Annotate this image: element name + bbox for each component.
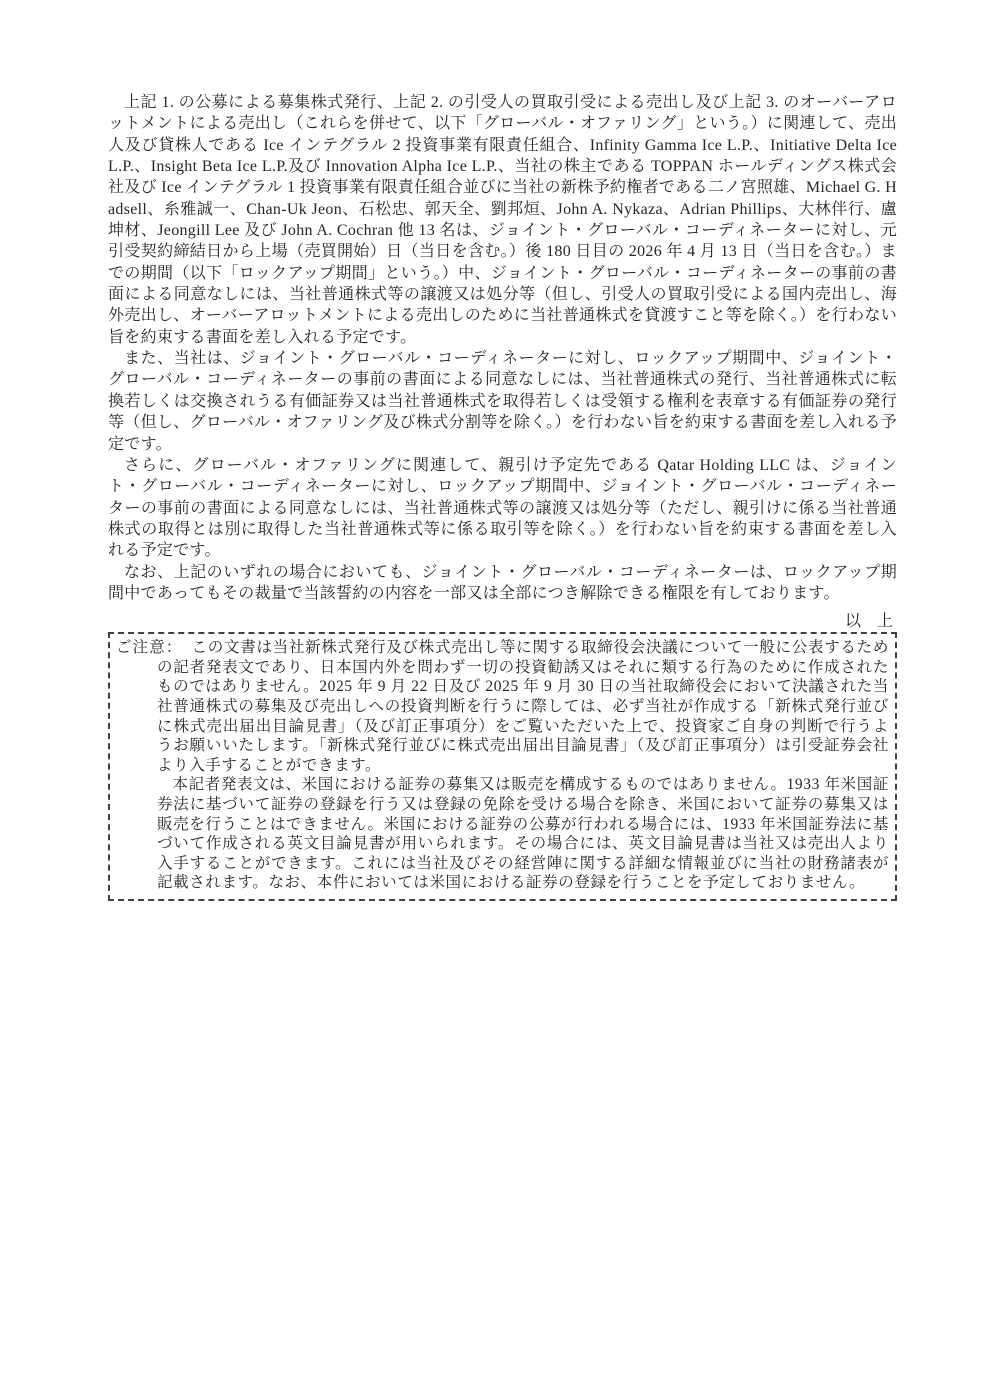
body-paragraph-release-authority: なお、上記のいずれの場合においても、ジョイント・グローバル・コーディネーターは、… <box>108 562 897 605</box>
notice-box: ご注意：この文書は当社新株式発行及び株式売出し等に関する取締役会決議について一般… <box>108 632 897 901</box>
notice-label: ご注意： <box>116 639 183 656</box>
body-paragraph-company-lockup: また、当社は、ジョイント・グローバル・コーディネーターに対し、ロックアップ期間中… <box>108 348 897 455</box>
notice-paragraph-disclaimer-jp: ご注意：この文書は当社新株式発行及び株式売出し等に関する取締役会決議について一般… <box>116 638 889 775</box>
closing-mark: 以 上 <box>108 611 893 632</box>
document-content: 上記 1. の公募による募集株式発行、上記 2. の引受人の買取引受による売出し… <box>108 92 897 901</box>
body-paragraph-lockup-sellers: 上記 1. の公募による募集株式発行、上記 2. の引受人の買取引受による売出し… <box>108 92 897 348</box>
document-page: 上記 1. の公募による募集株式発行、上記 2. の引受人の買取引受による売出し… <box>0 0 989 1396</box>
notice-paragraph-disclaimer-jp-text: この文書は当社新株式発行及び株式売出し等に関する取締役会決議について一般に公表す… <box>157 639 889 774</box>
notice-paragraph-disclaimer-us: 本記者発表文は、米国における証券の募集又は販売を構成するものではありません。19… <box>116 775 889 893</box>
body-paragraph-qatar-holding-lockup: さらに、グローバル・オファリングに関連して、親引け予定先である Qatar Ho… <box>108 455 897 562</box>
